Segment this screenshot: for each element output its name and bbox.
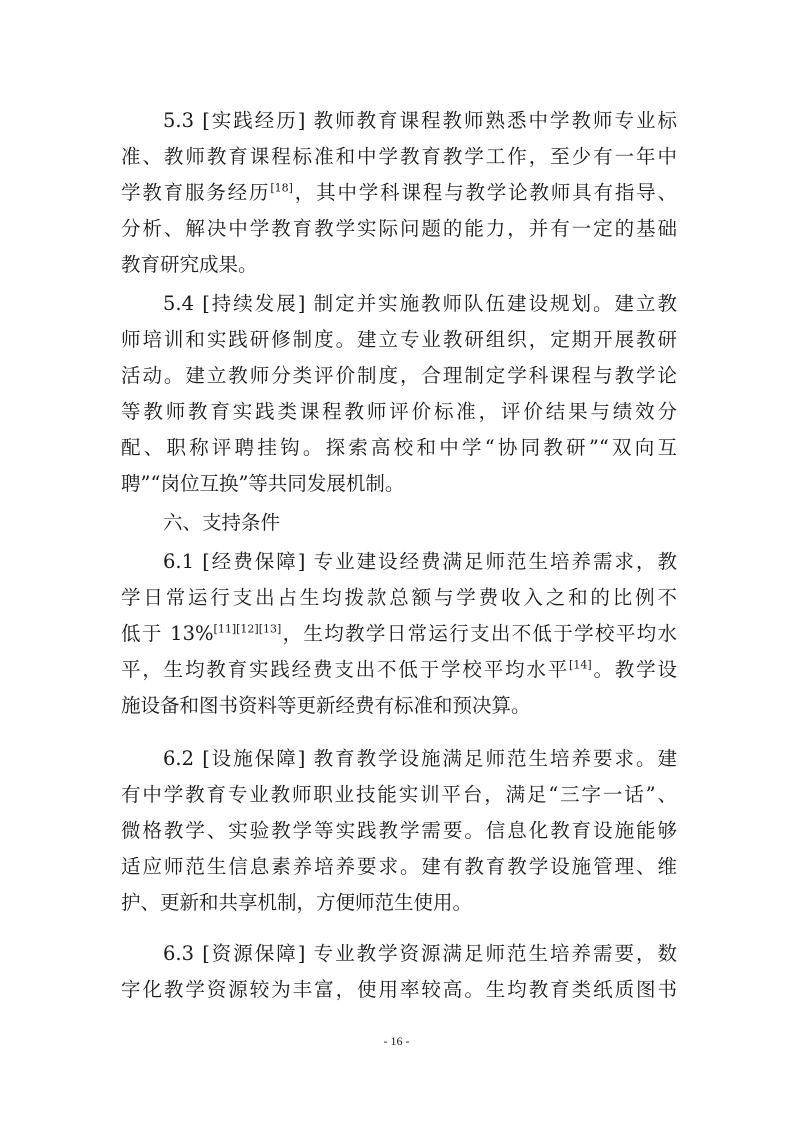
paragraph-6-2-line-3: 微格教学、实验教学等实践教学需要。信息化教育设施能够 [121,813,677,849]
paragraph-5-4-line-3: 活动。建立教师分类评价制度，合理制定学科课程与教学论 [121,358,677,394]
paragraph-6-1-line-1: 6.1 [经费保障] 专业建设经费满足师范生培养需求，教 [163,544,677,580]
paragraph-5-3-line-5: 教育研究成果。 [121,247,677,283]
paragraph-5-4-line-6: 聘”“岗位互换”等共同发展机制。 [121,466,677,502]
paragraph-5-3-line-1: 5.3 [实践经历] 教师教育课程教师熟悉中学教师专业标 [163,103,677,139]
paragraph-6-3-line-2: 字化教学资源较为丰富，使用率较高。生均教育类纸质图书 [121,972,677,1008]
text: ，生均教学日常运行支出不低于学校平均水 [281,622,677,645]
document-page: 5.3 [实践经历] 教师教育课程教师熟悉中学教师专业标 准、教师教育课程标准和… [0,0,793,1122]
paragraph-6-1-line-3: 低于 13%[11][12][13]，生均教学日常运行支出不低于学校平均水 [121,616,677,652]
paragraph-6-2-line-2: 有中学教育专业教师职业技能实训平台，满足“三字一话”、 [121,777,677,813]
paragraph-6-1-line-2: 学日常运行支出占生均拨款总额与学费收入之和的比例不 [121,580,677,616]
text: 学教育服务经历 [121,181,270,204]
paragraph-5-4-line-4: 等教师教育实践类课程教师评价标准，评价结果与绩效分 [121,394,677,430]
page-number: - 16 - [0,1034,793,1049]
paragraph-6-3-line-1: 6.3 [资源保障] 专业教学资源满足师范生培养需要，数 [163,936,677,972]
paragraph-6-2-line-1: 6.2 [设施保障] 教育教学设施满足师范生培养要求。建 [163,741,677,777]
text: 低于 13% [121,622,214,645]
footnote-ref-14: [14] [569,659,592,672]
paragraph-6-2-line-5: 护、更新和共享机制，方便师范生使用。 [121,885,677,921]
text: ，其中学科课程与教学论教师具有指导、 [293,181,677,204]
section-heading-support-conditions: 六、支持条件 [163,505,677,541]
paragraph-6-2-line-4: 适应师范生信息素养培养要求。建有教育教学设施管理、维 [121,849,677,885]
paragraph-5-3-line-2: 准、教师教育课程标准和中学教育教学工作，至少有一年中 [121,139,677,175]
footnote-ref-18: [18] [270,182,293,195]
paragraph-5-4-line-5: 配、职称评聘挂钩。探索高校和中学“协同教研”“双向互 [121,430,677,466]
paragraph-5-4-line-1: 5.4 [持续发展] 制定并实施教师队伍建设规划。建立教 [163,286,677,322]
paragraph-5-3-line-4: 分析、解决中学教育教学实际问题的能力，并有一定的基础 [121,211,677,247]
paragraph-5-3-line-3: 学教育服务经历[18]，其中学科课程与教学论教师具有指导、 [121,175,677,211]
paragraph-6-1-line-5: 施设备和图书资料等更新经费有标准和预决算。 [121,688,677,724]
text: 平，生均教育实践经费支出不低于学校平均水平 [121,658,569,681]
paragraph-5-4-line-2: 师培训和实践研修制度。建立专业教研组织，定期开展教研 [121,322,677,358]
paragraph-6-1-line-4: 平，生均教育实践经费支出不低于学校平均水平[14]。教学设 [121,652,677,688]
footnote-ref-11-12-13: [11][12][13] [214,623,282,636]
text: 。教学设 [592,658,677,681]
